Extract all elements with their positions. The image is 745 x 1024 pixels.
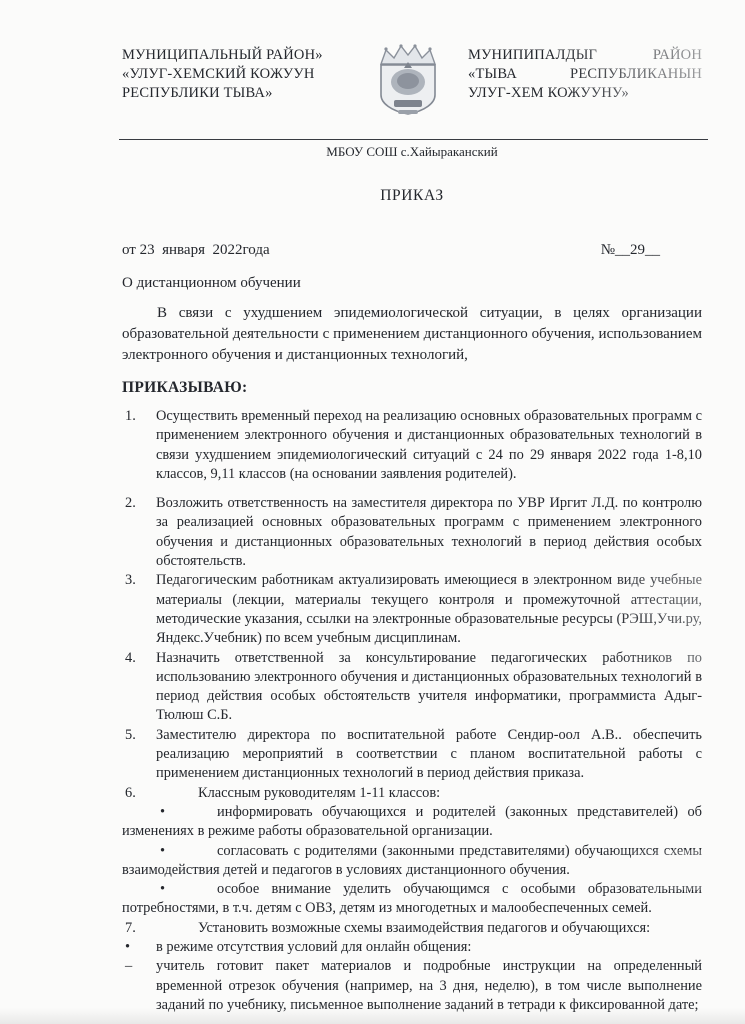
order-item-1: 1. Осуществить временный переход на реал… bbox=[122, 407, 702, 484]
item-text: Назначить ответственной за консультирова… bbox=[156, 649, 702, 726]
order-item-6: 6. Классным руководителям 1-11 классов: bbox=[122, 784, 702, 803]
item-text: Педагогическим работникам актуализироват… bbox=[156, 571, 702, 648]
org-name-line: МУНИПИПАЛДЫГ РАЙОН bbox=[468, 46, 702, 65]
item-text: Установить возможные схемы взаимодействи… bbox=[156, 919, 702, 938]
item-text: Классным руководителям 1-11 классов: bbox=[156, 784, 702, 803]
item-text: Заместителю директора по воспитательной … bbox=[156, 726, 702, 784]
order-item-3: 3. Педагогическим работникам актуализиро… bbox=[122, 571, 702, 648]
order-item-4: 4. Назначить ответственной за консультир… bbox=[122, 649, 702, 726]
dash-icon: – bbox=[125, 957, 156, 1015]
order-item-2: 2. Возложить ответственность на заместит… bbox=[122, 494, 702, 571]
scheme-bullet: • в режиме отсутствия условий для онлайн… bbox=[122, 938, 702, 957]
bullet-text: согласовать с родителями (законными пред… bbox=[122, 843, 702, 878]
scanned-order-document: МУНИЦИПАЛЬНЫЙ РАЙОН» «УЛУГ-ХЕМСКИЙ КОЖУУ… bbox=[0, 0, 745, 1024]
org-name-line: РЕСПУБЛИКИ ТЫВА» bbox=[122, 84, 350, 103]
dash-item: – учитель готовит пакет материалов и под… bbox=[122, 957, 702, 1015]
dash-text: учитель готовит пакет материалов и подро… bbox=[156, 957, 702, 1015]
order-heading: ПРИКАЗЫВАЮ: bbox=[122, 377, 702, 398]
intro-paragraph: В связи с ухудшением эпидемиологической … bbox=[122, 303, 702, 366]
school-name: МБОУ СОШ с.Хайыраканский bbox=[122, 143, 702, 160]
bullet-text: особое внимание уделить обучающимся с ос… bbox=[122, 881, 702, 916]
order-item-5: 5. Заместителю директора по воспитательн… bbox=[122, 726, 702, 784]
item-number: 5. bbox=[125, 726, 156, 784]
item-number: 3. bbox=[125, 571, 156, 648]
bullet-icon: • bbox=[160, 804, 165, 820]
org-name-tuvan: МУНИПИПАЛДЫГ РАЙОН «ТЫВА РЕСПУБЛИКАНЫН У… bbox=[468, 46, 702, 103]
order-item-7: 7. Установить возможные схемы взаимодейс… bbox=[122, 919, 702, 938]
order-number: №__29__ bbox=[601, 240, 660, 260]
class-teacher-bullet-3: •особое внимание уделить обучающимся с о… bbox=[122, 880, 702, 919]
class-teacher-bullet-2: •согласовать с родителями (законными пре… bbox=[122, 842, 702, 881]
date-number-row: от 23 января 2022года №__29__ bbox=[122, 240, 702, 260]
item-text: Осуществить временный переход на реализа… bbox=[156, 407, 702, 484]
org-name-line: УЛУГ-ХЕМ КОЖУУНУ» bbox=[468, 84, 702, 103]
bullet-text: информировать обучающихся и родителей (з… bbox=[122, 804, 702, 839]
org-name-russian: МУНИЦИПАЛЬНЫЙ РАЙОН» «УЛУГ-ХЕМСКИЙ КОЖУУ… bbox=[122, 46, 350, 103]
bullet-icon: • bbox=[160, 881, 165, 897]
bullet-text: в режиме отсутствия условий для онлайн о… bbox=[156, 938, 702, 957]
coat-of-arms-icon bbox=[371, 44, 447, 124]
bullet-icon: • bbox=[160, 843, 165, 859]
org-name-line: «ТЫВА РЕСПУБЛИКАНЫН bbox=[468, 65, 702, 84]
document-content: МУНИЦИПАЛЬНЫЙ РАЙОН» «УЛУГ-ХЕМСКИЙ КОЖУУ… bbox=[122, 46, 702, 1015]
subject-line: О дистанционном обучении bbox=[122, 273, 702, 293]
bullet-icon: • bbox=[125, 938, 156, 957]
item-number: 6. bbox=[125, 784, 156, 803]
item-number: 2. bbox=[125, 494, 156, 571]
order-items: 1. Осуществить временный переход на реал… bbox=[122, 407, 702, 1015]
org-name-line: МУНИЦИПАЛЬНЫЙ РАЙОН» bbox=[122, 46, 350, 65]
item-number: 7. bbox=[125, 919, 156, 938]
letterhead: МУНИЦИПАЛЬНЫЙ РАЙОН» «УЛУГ-ХЕМСКИЙ КОЖУУ… bbox=[122, 46, 702, 124]
org-name-line: «УЛУГ-ХЕМСКИЙ КОЖУУН bbox=[122, 65, 350, 84]
item-text: Возложить ответственность на заместителя… bbox=[156, 494, 702, 571]
document-title: ПРИКАЗ bbox=[122, 186, 702, 206]
item-number: 1. bbox=[125, 407, 156, 484]
divider-line bbox=[119, 139, 708, 140]
order-date: от 23 января 2022года bbox=[122, 240, 270, 260]
item-number: 4. bbox=[125, 649, 156, 726]
class-teacher-bullet-1: •информировать обучающихся и родителей (… bbox=[122, 803, 702, 842]
